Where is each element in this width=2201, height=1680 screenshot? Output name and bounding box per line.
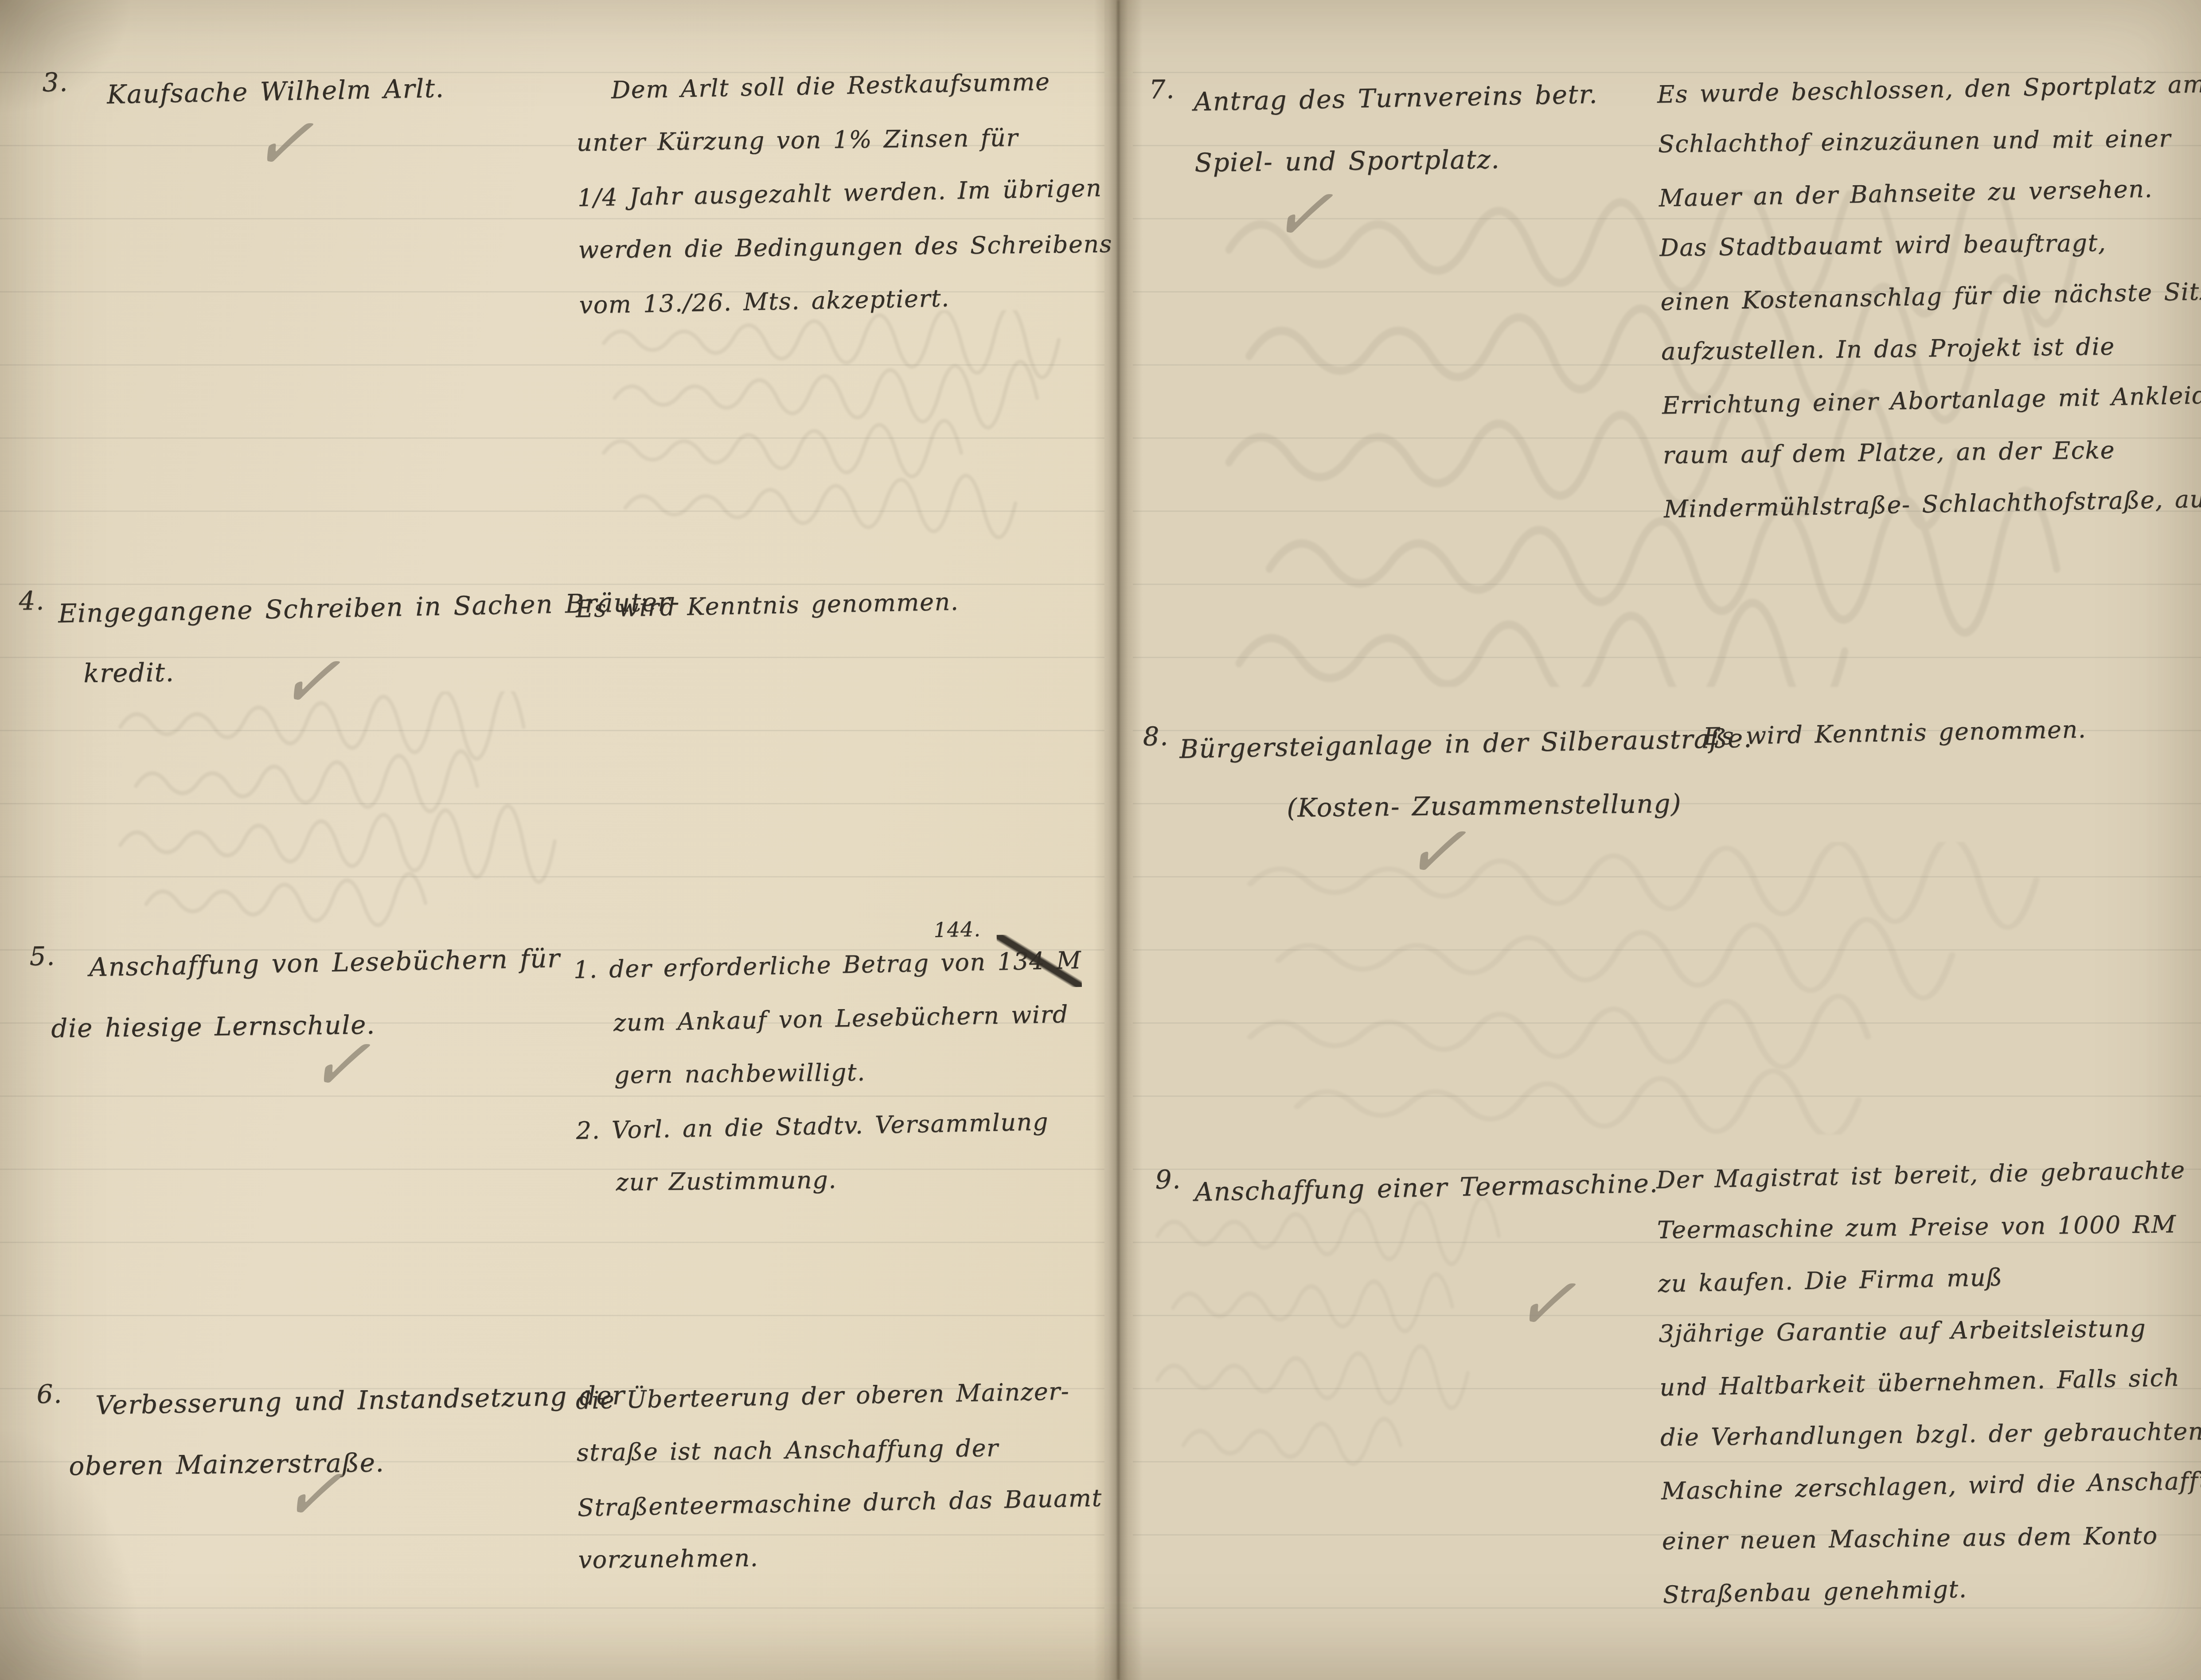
handwritten-line: gern nachbewilligt. [614, 1043, 1084, 1102]
item-7-number: 7. [1149, 74, 1175, 105]
scanned-minutes-spread: 3. Kaufsache Wilhelm Arlt. ✓ Dem Arlt so… [0, 0, 2201, 1680]
handwritten-line: Bürgersteiganlage in der Silberaustraße. [1179, 707, 1753, 780]
item-7-resolution: Es wurde beschlossen, den Sportplatz amS… [1657, 57, 2201, 534]
handwritten-line: die Überteerung der oberen Mainzer- [575, 1364, 1101, 1427]
handwritten-line: die Verhandlungen bzgl. der gebrauchten [1660, 1405, 2201, 1463]
handwritten-line: Verbesserung und Instandsetzung der [95, 1364, 626, 1436]
handwritten-line: straße ist nach Anschaffung der [576, 1420, 1101, 1479]
handwritten-line: zum Ankauf von Lesebüchern wird [613, 987, 1083, 1049]
handwritten-line: Es wird Kenntnis genommen. [575, 575, 960, 636]
handwritten-line: zur Zustimmung. [616, 1150, 1085, 1209]
handwritten-line: Maschine zerschlagen, wird die Anschaffu… [1661, 1454, 2201, 1517]
handwritten-line: kredit. [83, 635, 681, 704]
handwritten-line: vom 13./26. Mts. akzeptiert. [578, 268, 1113, 332]
handwritten-line: Spiel- und Sportplatz. [1194, 127, 1599, 194]
handwritten-line: vorzunehmen. [578, 1527, 1103, 1586]
item-5-resolution: 1. der erforderliche Betrag von 134 M144… [573, 934, 1085, 1210]
item-8-number: 8. [1143, 721, 1169, 752]
handwritten-line: 2. Vorl. an die Stadtv. Versammlung [576, 1094, 1085, 1158]
binding-crease [1117, 0, 1119, 1680]
handwritten-line: die hiesige Lernschule. [51, 991, 562, 1059]
item-4-resolution: Es wird Kenntnis genommen. [575, 575, 959, 635]
item-9-number: 9. [1155, 1164, 1181, 1195]
item-9-title: Anschaffung einer Teermaschine. [1194, 1153, 1659, 1222]
item-3-number: 3. [42, 67, 68, 97]
corrected-amount: 144. [933, 902, 981, 957]
item-3-resolution: Dem Arlt soll die Restkaufsummeunter Kür… [575, 55, 1114, 331]
handwritten-line: Straßenbau genehmigt. [1662, 1558, 2201, 1621]
handwritten-line: 3jährige Garantie auf Arbeitsleistung [1659, 1301, 2201, 1360]
item-7-title: Antrag des Turnvereins betr.Spiel- und S… [1193, 64, 1599, 194]
handwritten-line: einer neuen Maschine aus dem Konto [1662, 1508, 2201, 1567]
handwritten-line: raum auf dem Platze, an der Ecke [1662, 421, 2201, 481]
handwritten-line: 1/4 Jahr ausgezahlt werden. Im übrigen [577, 161, 1112, 225]
handwritten-line: Schlachthof einzuzäunen und mit einer [1658, 110, 2201, 170]
item-9-resolution: Der Magistrat ist bereit, die gebrauchte… [1656, 1144, 2201, 1620]
handwritten-line: aufzustellen. In das Projekt ist die [1661, 318, 2201, 378]
handwritten-line: und Haltbarkeit übernehmen. Falls sich [1659, 1350, 2201, 1413]
handwritten-line: Anschaffung einer Teermaschine. [1194, 1152, 1659, 1223]
handwritten-line: (Kosten- Zusammenstellung) [1286, 772, 1753, 839]
handwritten-line: Antrag des Turnvereins betr. [1193, 63, 1599, 133]
handwritten-line: werden die Bedingungen des Schreibens [578, 217, 1113, 277]
item-8-resolution: Es wird Kenntnis genommen. [1703, 704, 2087, 762]
resolution-line-with-correction: 1. der erforderliche Betrag von 134 M144… [573, 933, 1082, 997]
handwritten-line: Straßenteermaschine durch das Bauamt [577, 1471, 1103, 1535]
handwritten-line: Das Stadtbauamt wird beauftragt, [1659, 214, 2201, 274]
handwritten-line: Anschaffung von Lesebüchern für [89, 927, 561, 998]
item-4-number: 4. [19, 585, 45, 616]
struck-old-amount: 134 M [997, 933, 1082, 989]
handwritten-line: unter Kürzung von 1% Zinsen für [576, 110, 1111, 170]
handwritten-line: Der Magistrat ist bereit, die gebrauchte [1656, 1143, 2201, 1206]
item-6-number: 6. [36, 1379, 62, 1409]
handwritten-line: Es wird Kenntnis genommen. [1703, 703, 2087, 763]
handwritten-line: Teermaschine zum Preise von 1000 RM [1657, 1197, 2201, 1256]
handwritten-line: Dem Arlt soll die Restkaufsumme [611, 54, 1110, 117]
handwritten-line: zu kaufen. Die Firma muß [1658, 1247, 2201, 1310]
item-5-title: Anschaffung von Lesebüchern fürdie hiesi… [50, 928, 562, 1060]
item-6-resolution: die Überteerung der oberen Mainzer-straß… [575, 1364, 1103, 1587]
